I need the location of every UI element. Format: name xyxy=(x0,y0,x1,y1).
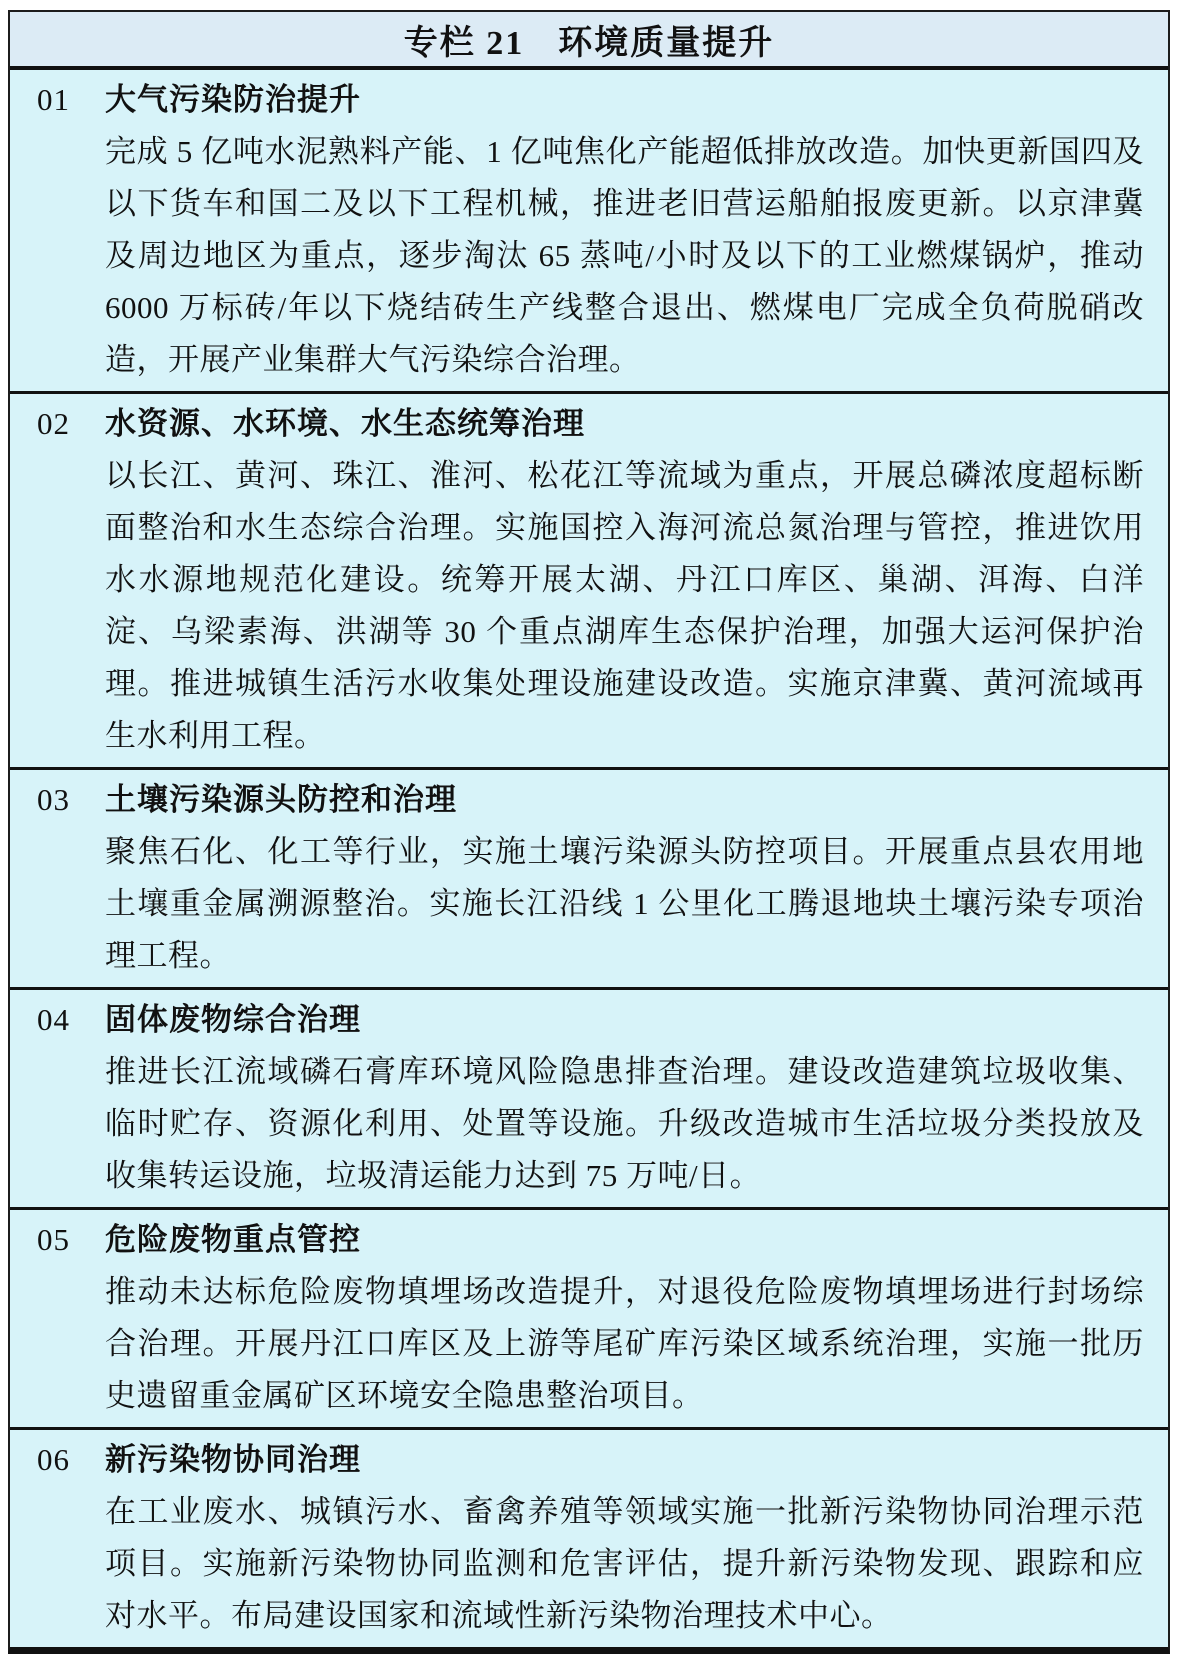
section-body: 以长江、黄河、珠江、淮河、松花江等流域为重点，开展总磷浓度超标断面整治和水生态综… xyxy=(105,450,1144,762)
box-title-main: 环境质量提升 xyxy=(558,15,774,64)
section-body: 推动未达标危险废物填埋场改造提升，对退役危险废物填埋场进行封场综合治理。开展丹江… xyxy=(105,1266,1144,1422)
section-body: 在工业废水、城镇污水、畜禽养殖等领域实施一批新污染物协同治理示范项目。实施新污染… xyxy=(105,1486,1144,1642)
section-body: 聚焦石化、化工等行业，实施土壤污染源头防控项目。开展重点县农用地土壤重金属溯源整… xyxy=(105,826,1144,982)
section-02: 02 水资源、水环境、水生态统筹治理 以长江、黄河、珠江、淮河、松花江等流域为重… xyxy=(10,391,1168,767)
section-title: 大气污染防治提升 xyxy=(105,74,361,126)
section-title-row: 03 土壤污染源头防控和治理 xyxy=(37,774,1144,826)
section-title-row: 05 危险废物重点管控 xyxy=(37,1214,1144,1266)
section-title-row: 02 水资源、水环境、水生态统筹治理 xyxy=(37,398,1144,450)
section-number: 04 xyxy=(37,994,105,1046)
section-title-row: 04 固体废物综合治理 xyxy=(37,994,1144,1046)
section-title-row: 01 大气污染防治提升 xyxy=(37,74,1144,126)
section-06: 06 新污染物协同治理 在工业废水、城镇污水、畜禽养殖等领域实施一批新污染物协同… xyxy=(10,1427,1168,1647)
section-number: 01 xyxy=(37,74,105,126)
section-05: 05 危险废物重点管控 推动未达标危险废物填埋场改造提升，对退役危险废物填埋场进… xyxy=(10,1207,1168,1427)
section-03: 03 土壤污染源头防控和治理 聚焦石化、化工等行业，实施土壤污染源头防控项目。开… xyxy=(10,767,1168,987)
section-number: 05 xyxy=(37,1214,105,1266)
section-body: 推进长江流域磷石膏库环境风险隐患排查治理。建设改造建筑垃圾收集、临时贮存、资源化… xyxy=(105,1046,1144,1202)
box-title-prefix: 专栏 21 xyxy=(404,15,525,64)
box-header: 专栏 21 环境质量提升 xyxy=(10,12,1168,70)
section-04: 04 固体废物综合治理 推进长江流域磷石膏库环境风险隐患排查治理。建设改造建筑垃… xyxy=(10,987,1168,1207)
section-title: 土壤污染源头防控和治理 xyxy=(105,774,457,826)
section-title: 危险废物重点管控 xyxy=(105,1214,361,1266)
section-body: 完成 5 亿吨水泥熟料产能、1 亿吨焦化产能超低排放改造。加快更新国四及以下货车… xyxy=(105,126,1144,386)
section-number: 02 xyxy=(37,398,105,450)
section-01: 01 大气污染防治提升 完成 5 亿吨水泥熟料产能、1 亿吨焦化产能超低排放改造… xyxy=(10,70,1168,391)
section-title: 固体废物综合治理 xyxy=(105,994,361,1046)
section-number: 03 xyxy=(37,774,105,826)
section-title: 水资源、水环境、水生态统筹治理 xyxy=(105,398,585,450)
column-box: 专栏 21 环境质量提升 01 大气污染防治提升 完成 5 亿吨水泥熟料产能、1… xyxy=(8,10,1170,1654)
section-title-row: 06 新污染物协同治理 xyxy=(37,1434,1144,1486)
section-title: 新污染物协同治理 xyxy=(105,1434,361,1486)
section-number: 06 xyxy=(37,1434,105,1486)
